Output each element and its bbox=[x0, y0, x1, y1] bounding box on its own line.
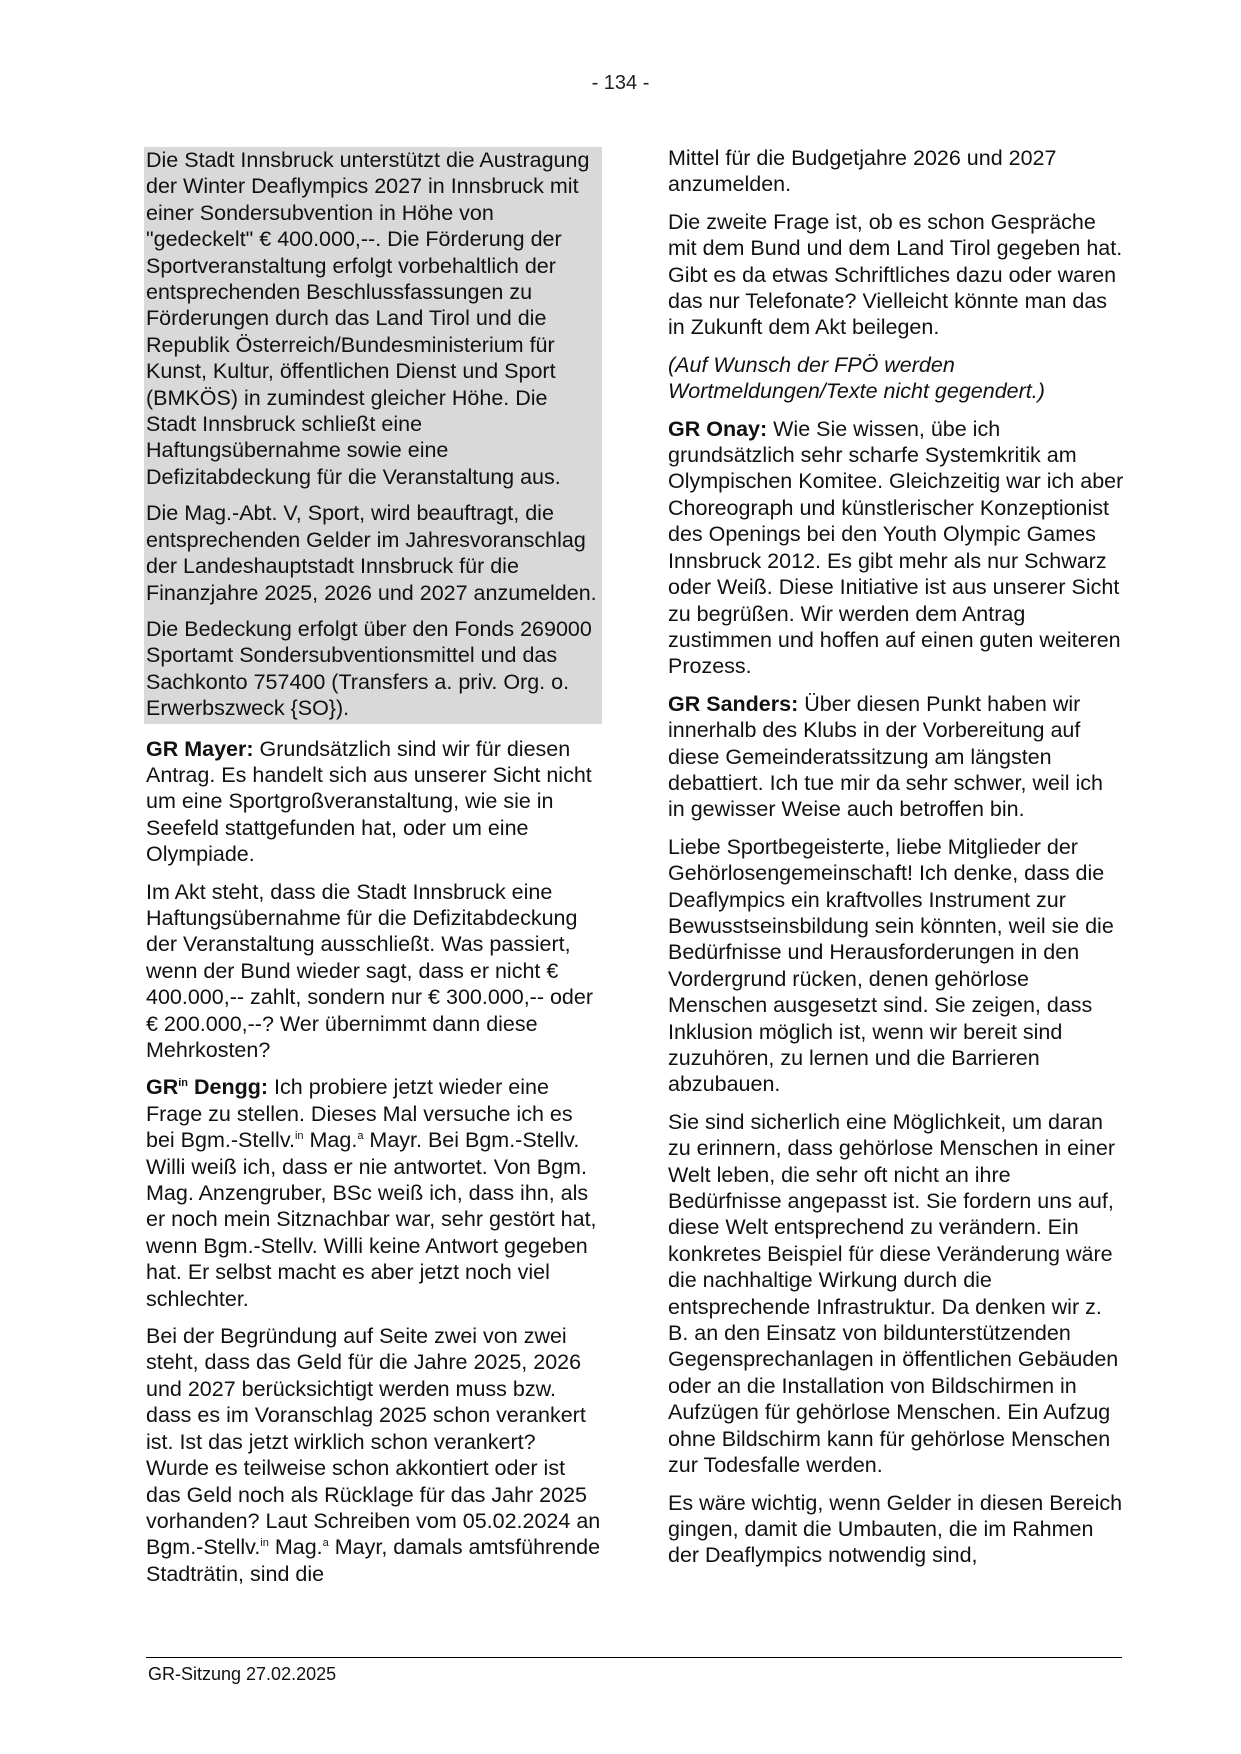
editorial-note: (Auf Wunsch der FPÖ werden Wortmeldungen… bbox=[668, 352, 1124, 405]
speech-paragraph: Sie sind sicherlich eine Möglichkeit, um… bbox=[668, 1109, 1124, 1479]
speaker-name: GR Sanders: bbox=[668, 692, 798, 716]
left-column: Die Stadt Innsbruck unterstützt die Aust… bbox=[146, 147, 602, 1598]
speaker-name: GR Mayer: bbox=[146, 737, 254, 761]
speech-paragraph: Mittel für die Budgetjahre 2026 und 2027… bbox=[668, 145, 1124, 198]
motion-paragraph: Die Bedeckung erfolgt über den Fonds 269… bbox=[146, 616, 600, 722]
right-column: Mittel für die Budgetjahre 2026 und 2027… bbox=[668, 145, 1124, 1580]
speech-paragraph: Die zweite Frage ist, ob es schon Gesprä… bbox=[668, 209, 1124, 341]
speech-paragraph: Bei der Begründung auf Seite zwei von zw… bbox=[146, 1323, 602, 1587]
speech-text: Mag. bbox=[269, 1535, 323, 1559]
speaker-name: GRin Dengg: bbox=[146, 1075, 268, 1099]
superscript: in bbox=[295, 1130, 304, 1142]
footer-session-date: GR-Sitzung 27.02.2025 bbox=[148, 1664, 336, 1685]
speech-paragraph: GR Onay: Wie Sie wissen, übe ich grundsä… bbox=[668, 416, 1124, 680]
speech-paragraph: GRin Dengg: Ich probiere jetzt wieder ei… bbox=[146, 1074, 602, 1312]
motion-paragraph: Die Mag.-Abt. V, Sport, wird beauftragt,… bbox=[146, 500, 600, 606]
footer-divider bbox=[146, 1657, 1122, 1658]
superscript: in bbox=[260, 1537, 269, 1549]
motion-paragraph: Die Stadt Innsbruck unterstützt die Aust… bbox=[146, 147, 600, 490]
speech-text: Mag. bbox=[304, 1128, 358, 1152]
speech-paragraph: Liebe Sportbegeisterte, liebe Mitglieder… bbox=[668, 834, 1124, 1098]
speech-text: Bei der Begründung auf Seite zwei von zw… bbox=[146, 1324, 600, 1559]
speech-paragraph: Im Akt steht, dass die Stadt Innsbruck e… bbox=[146, 879, 602, 1064]
speech-paragraph: Es wäre wichtig, wenn Gelder in diesen B… bbox=[668, 1490, 1124, 1569]
speaker-title-suffix: in bbox=[178, 1077, 188, 1089]
speech-paragraph: GR Sanders: Über diesen Punkt haben wir … bbox=[668, 691, 1124, 823]
speech-text: Mayr. Bei Bgm.-Stellv. Willi weiß ich, d… bbox=[146, 1128, 597, 1310]
motion-text-box: Die Stadt Innsbruck unterstützt die Aust… bbox=[144, 147, 602, 724]
speaker-title: GR bbox=[146, 1075, 178, 1099]
speaker-name: GR Onay: bbox=[668, 417, 767, 441]
speech-paragraph: GR Mayer: Grundsätzlich sind wir für die… bbox=[146, 736, 602, 868]
page-number: - 134 - bbox=[0, 72, 1241, 95]
speech-text: Wie Sie wissen, übe ich grundsätzlich se… bbox=[668, 417, 1123, 679]
speaker-surname: Dengg: bbox=[188, 1075, 268, 1099]
